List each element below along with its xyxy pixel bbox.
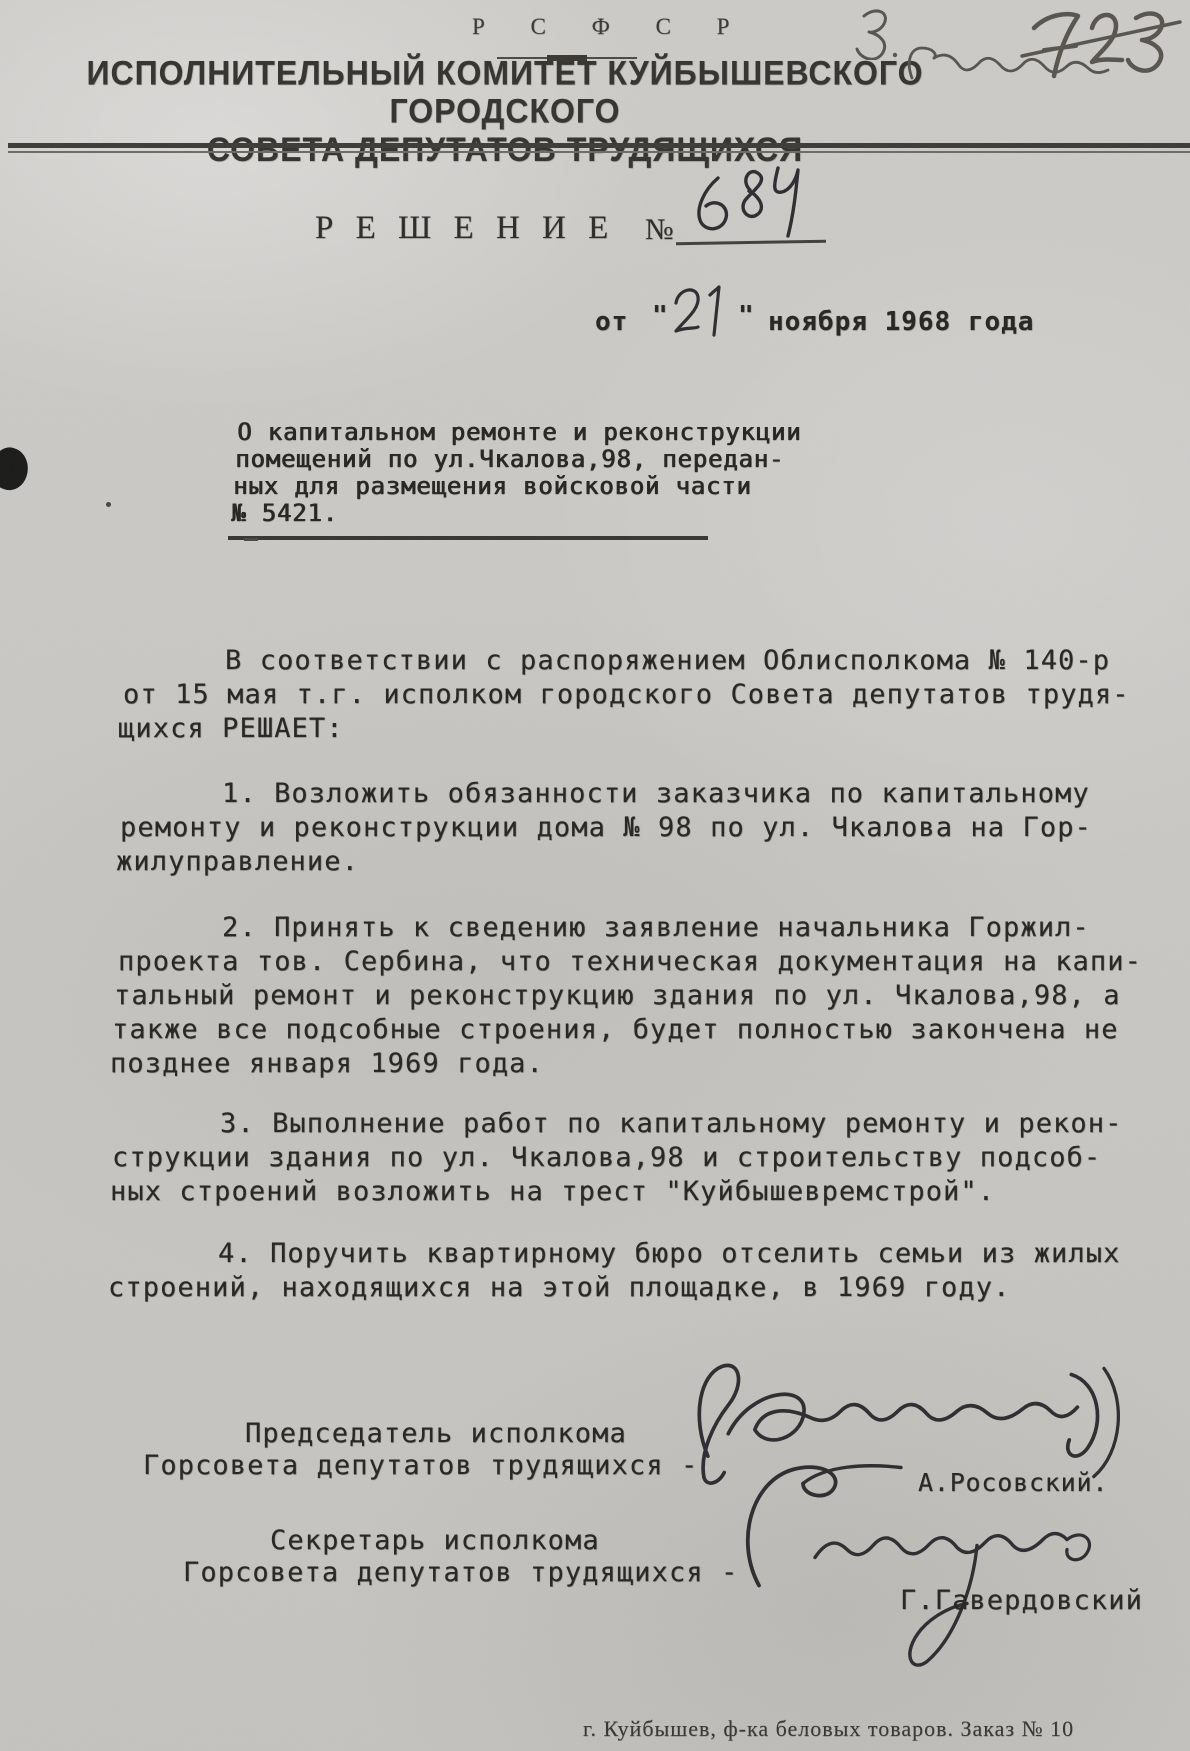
handwritten-decision-number <box>690 156 810 242</box>
item2-line-2: проекта тов. Сербина, что техническая до… <box>118 946 1142 977</box>
item1-line-2: ремонту и реконструкции дома № 98 по ул.… <box>120 812 1092 843</box>
item1-line-3: жилуправление. <box>116 846 359 877</box>
pencil-annotation-small-number <box>850 2 900 60</box>
secretary-signature <box>715 1456 1125 1674</box>
letterhead-republic: Р С Ф С Р <box>472 14 749 40</box>
item2-line-5: позднее января 1969 года. <box>110 1048 544 1079</box>
decision-number-label: № <box>645 213 674 247</box>
item4-line-2: строений, находящихся на этой площадке, … <box>108 1272 1010 1303</box>
chairman-title-line-1: Председатель исполкома <box>245 1418 627 1449</box>
letterhead-rule-thin <box>8 151 1190 153</box>
date-prefix: от <box>595 307 628 337</box>
date-close-quote: " <box>738 301 755 331</box>
document-page: Р С Ф С Р ИСПОЛНИТЕЛЬНЫЙ КОМИТЕТ КУЙБЫШЕ… <box>0 0 1190 1751</box>
item3-line-3: ных строений возложить на трест "Куйбыше… <box>110 1176 995 1207</box>
item4-line-1: 4. Поручить квартирному бюро отселить се… <box>218 1238 1120 1269</box>
subject-line-2: помещений по ул.Чкалова,98, передан- <box>235 445 784 473</box>
subject-line-4: № 5421. <box>231 499 338 527</box>
item2-line-3: тальный ремонт и реконструкцию здания по… <box>114 980 1121 1011</box>
scan-artifact-dot <box>106 502 111 507</box>
item3-line-2: струкции здания по ул. Чкалова,98 и стро… <box>112 1142 1101 1173</box>
scan-artifact-blob <box>0 443 34 494</box>
scan-artifact-dash <box>244 538 258 541</box>
handwritten-date-day <box>662 277 732 341</box>
decision-title: Р Е Ш Е Н И Е <box>315 210 615 247</box>
letterhead-org-line2: СОВЕТА ДЕПУТАТОВ ТРУДЯЩИХСЯ <box>25 130 985 168</box>
item3-line-1: 3. Выполнение работ по капитальному ремо… <box>220 1108 1122 1139</box>
subject-separator <box>228 536 708 540</box>
chairman-title-line-2: Горсовета депутатов трудящихся - <box>143 1450 698 1481</box>
letterhead-rule-thick <box>8 143 1190 148</box>
secretary-title-line-2: Горсовета депутатов трудящихся - <box>183 1557 738 1588</box>
subject-line-3: ных для размещения войсковой части <box>233 472 751 500</box>
footer-imprint: г. Куйбышев, ф-ка беловых товаров. Заказ… <box>583 1716 1074 1742</box>
letterhead-org-line1: ИСПОЛНИТЕЛЬНЫЙ КОМИТЕТ КУЙБЫШЕВСКОГО ГОР… <box>25 54 985 130</box>
secretary-typed-name: Г.Гавердовский <box>900 1585 1143 1616</box>
item2-line-1: 2. Принять к сведению заявление начальни… <box>222 912 1090 943</box>
intro-line-2: от 15 мая т.г. исполком городского Совет… <box>123 679 1130 710</box>
item1-line-1: 1. Возложить обязанности заказчика по ка… <box>222 778 1090 809</box>
subject-line-1: О капитальном ремонте и реконструкции <box>237 418 801 446</box>
intro-line-3: щихся РЕШАЕТ: <box>118 713 344 744</box>
intro-line-1: В соответствии с распоряжением Облисполк… <box>225 645 1110 676</box>
pencil-annotation-routing-note <box>898 40 1118 86</box>
item2-line-4: также все подсобные строения, будет полн… <box>112 1014 1119 1045</box>
secretary-title-line-1: Секретарь исполкома <box>270 1525 600 1556</box>
date-suffix: ноября 1968 года <box>768 307 1034 337</box>
